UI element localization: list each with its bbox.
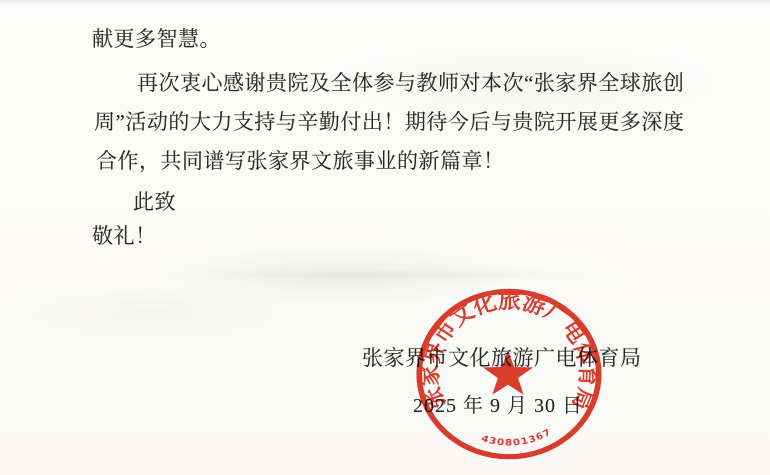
letter-page: 献更多智慧。 再次衷心感谢贵院及全体参与教师对本次“张家界全球旅创 周”活动的大… xyxy=(0,0,770,475)
official-seal: 张家界市文化旅游广电体育局 4308013673328 xyxy=(408,280,612,468)
letter-paragraph-line-2: 周”活动的大力支持与辛勤付出！期待今后与贵院开展更多深度 xyxy=(94,108,684,136)
letter-line-end-of-paragraph: 献更多智慧。 xyxy=(92,25,221,53)
letter-paragraph-line-3: 合作，共同谱写张家界文旅事业的新篇章！ xyxy=(96,147,505,175)
letter-paragraph-line-1: 再次衷心感谢贵院及全体参与教师对本次“张家界全球旅创 xyxy=(137,69,684,97)
seal-ring-text: 张家界市文化旅游广电体育局 xyxy=(416,289,603,413)
closing-respect: 敬礼！ xyxy=(92,222,157,250)
seal-star-icon xyxy=(483,351,533,395)
scan-top-edge xyxy=(0,0,770,4)
closing-salute: 此致 xyxy=(133,188,176,216)
